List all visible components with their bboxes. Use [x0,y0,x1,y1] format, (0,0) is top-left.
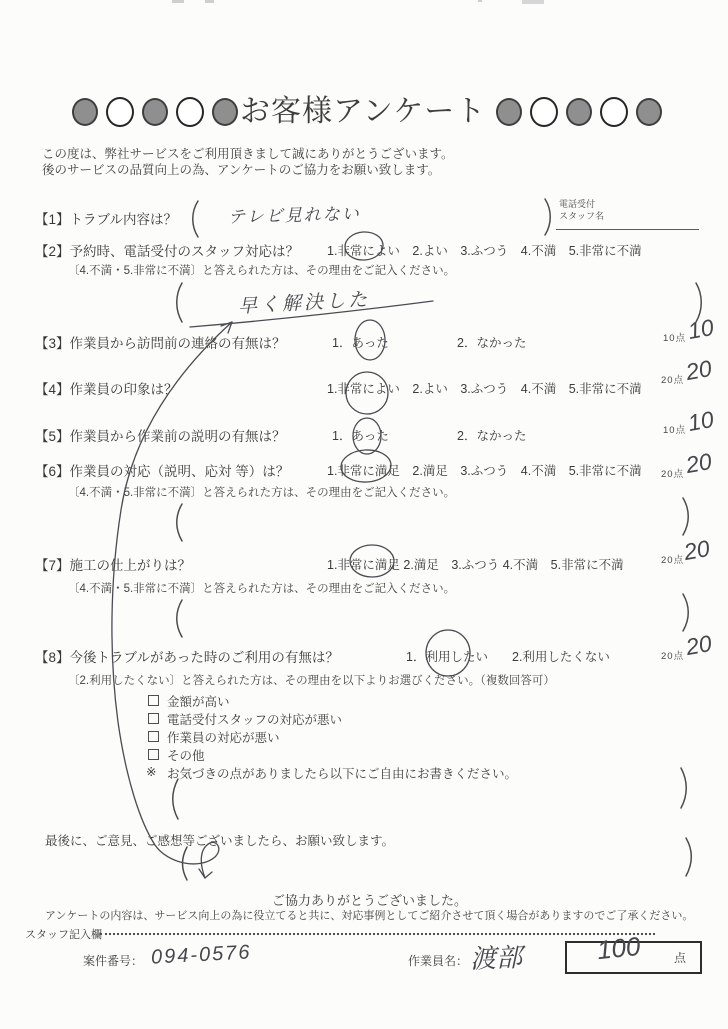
worker-name-label: 作業員名： [408,952,468,969]
question-5-label: 【5】作業員から作業前の説明の有無は？ [35,425,286,445]
staff-entry-label: スタッフ記入欄 [25,926,102,942]
checkbox-other [148,749,159,760]
reception-label-2: スタッフ名 [559,211,604,222]
question-8-label: 【8】今後トラブルがあった時のご利用の有無は？ [35,646,339,666]
q2-handwritten-comment: 早く解決した [237,285,370,319]
filled-circle-icon [496,98,522,126]
filled-circle-icon [636,98,662,126]
q4-handwritten-score: 20 [684,355,714,386]
question-2-options: 1.非常によい 2.よい 3.ふつう 4.不満 5.非常に不満 [327,241,642,259]
reason-label-price: 金額が高い [167,692,230,710]
q6-close-paren [683,498,688,535]
q7-open-paren [177,600,182,637]
checkbox-worker-bad [148,731,159,742]
reason-label-phone-staff: 電話受付スタッフの対応が悪い [167,710,342,728]
reason-label-worker: 作業員の対応が悪い [167,728,280,746]
question-8-option-2: 2.利用したくない [512,647,610,665]
question-3-label: 【3】作業員から訪問前の連絡の有無は？ [35,332,286,352]
title-dots-right [496,97,662,127]
q3-handwritten-score: 10 [686,314,716,345]
question-7-subnote: 〔4.不満・5.非常に不満〕と答えられた方は、その理由をご記入ください。 [68,580,455,596]
checkbox-price-high [148,695,159,706]
q1-close-paren [545,199,550,235]
question-8-subnote: 〔2.利用したくない〕と答えられた方は、その理由を以下よりお選びください。（複数… [68,672,555,688]
filled-circle-icon [72,98,98,126]
q6-open-paren [177,504,182,541]
question-4-options: 1.非常によい 2.よい 3.ふつう 4.不満 5.非常に不満 [327,379,642,397]
question-6-subnote: 〔4.不満・5.非常に不満〕と答えられた方は、その理由をご記入ください。 [68,484,455,500]
question-6-label: 【6】作業員の対応（説明、応対 等）は？ [35,460,289,480]
q1-handwritten-answer: テレビ見れない [228,199,361,227]
question-4-label: 【4】作業員の印象は？ [35,378,178,398]
survey-title: お客様アンケート [240,86,486,130]
q7-close-paren [683,594,688,631]
open-circle-icon [106,97,134,127]
free-comment-note: お気づきの点がありましたら以下にご自由にお書きください。 [167,764,517,782]
q4-score-label: 20点 [661,372,684,386]
final-close-paren [686,838,691,876]
q1-open-paren [193,201,198,237]
worker-name-handwritten: 渡部 [469,937,522,976]
filled-circle-icon [566,98,592,126]
note-mark: ※ [146,764,156,779]
staff-name-underline [556,229,699,230]
question-6-options: 1.非常に満足 2.満足 3.ふつう 4.不満 5.非常に不満 [327,461,642,479]
intro-line-2: 後のサービスの品質向上の為、アンケートのご協力をお願い致します。 [42,162,440,179]
q2-open-paren [177,283,182,322]
question-7-options: 1.非常に満足 2.満足 3.ふつう 4.不満 5.非常に不満 [327,555,624,573]
arrowhead-bottom [199,869,212,878]
case-number-label: 案件番号： [83,952,143,969]
q5-score-label: 10点 [663,422,686,436]
handdrawn-arrow-stroke [112,322,232,878]
notice-line: アンケートの内容は、サービス向上の為に役立てると共に、対応事例としてご紹介させて… [45,907,693,923]
q8-open-paren [173,779,178,819]
q6-score-label: 20点 [661,466,684,480]
scan-artifact [478,0,482,2]
question-2-label: 【2】予約時、電話受付のスタッフ対応は？ [35,240,299,260]
question-1-label: 【1】トラブル内容は？ [35,208,177,228]
scan-artifact [522,0,544,4]
case-number-handwritten: 094-0576 [150,941,252,969]
score-unit-label: 点 [674,949,686,966]
final-request: 最後に、ご意見、ご感想等ございましたら、お願い致します。 [45,831,394,849]
intro-line-1: この度は、弊社サービスをご利用頂きまして誠にありがとうございます。 [42,146,454,163]
filled-circle-icon [142,98,168,126]
question-3-option-2: 2．なかった [457,333,526,351]
question-2-subnote: 〔4.不満・5.非常に不満〕と答えられた方は、その理由をご記入ください。 [68,262,455,278]
question-3-option-1: 1．あった [332,333,389,351]
filled-circle-icon [212,98,238,126]
q7-handwritten-score: 20 [682,535,712,566]
question-8-option-1: 1．利用したい [406,647,488,665]
survey-page: お客様アンケート この度は、弊社サービスをご利用頂きまして誠にありがとうございま… [0,0,728,1029]
q8-score-label: 20点 [661,648,684,662]
question-7-label: 【7】施工の仕上がりは？ [35,554,191,574]
reception-label-1: 電話受付 [559,199,595,210]
staff-dotted-line [100,933,655,935]
final-open-paren [183,847,188,880]
total-score-handwritten: 100 [595,931,641,966]
q3-score-label: 10点 [663,330,686,344]
scan-artifact [172,0,184,3]
checkbox-phone-staff-bad [148,713,159,724]
open-circle-icon [600,97,628,127]
reason-label-other: その他 [167,746,205,764]
q5-handwritten-score: 10 [686,406,716,437]
q6-handwritten-score: 20 [684,448,714,479]
title-dots-left [72,97,238,127]
open-circle-icon [176,97,204,127]
question-5-option-1: 1．あった [332,426,389,444]
q7-score-label: 20点 [661,552,684,566]
open-circle-icon [530,97,558,127]
q8-handwritten-score: 20 [684,630,714,661]
question-5-option-2: 2．なかった [457,426,526,444]
scan-artifact [205,0,214,3]
q8-close-paren [681,768,686,808]
